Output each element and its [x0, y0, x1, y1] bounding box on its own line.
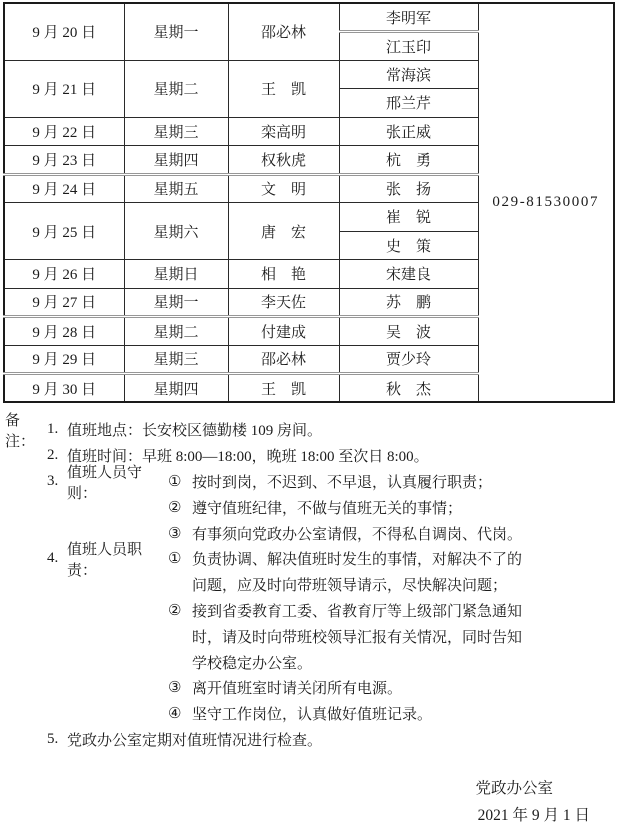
duty-leader-cell: 权秋虎: [228, 146, 339, 175]
note-text: 坚守工作岗位，认真做好值班记录。: [192, 703, 623, 724]
note-line: 学校稳定办公室。: [5, 649, 623, 675]
date-cell: 9 月 29 日: [4, 345, 124, 374]
weekday-cell: 星期二: [124, 317, 228, 346]
date-cell: 9 月 24 日: [4, 174, 124, 203]
table-row: 9 月 20 日星期一邵必林李明军029-81530007: [4, 3, 614, 32]
note-text: 学校稳定办公室。: [192, 652, 623, 673]
note-number: 3.: [47, 473, 67, 490]
signature-block: 党政办公室 2021 年 9 月 1 日: [0, 775, 626, 829]
date-cell: 9 月 21 日: [4, 60, 124, 117]
duty-leader-cell: 相 艳: [228, 260, 339, 289]
note-text: 遵守值班纪律，不做与值班无关的事情；: [192, 497, 623, 518]
note-number: 4.: [47, 550, 67, 567]
duty-staff-cell: 杭 勇: [339, 146, 478, 175]
date-cell: 9 月 26 日: [4, 260, 124, 289]
note-text: 离开值班室时请关闭所有电源。: [192, 677, 623, 698]
date-cell: 9 月 20 日: [4, 3, 124, 60]
note-line: ③离开值班室时请关闭所有电源。: [5, 675, 623, 701]
signature-date: 2021 年 9 月 1 日: [0, 802, 590, 829]
duty-staff-cell: 张 扬: [339, 174, 478, 203]
note-text: 按时到岗，不迟到、不早退，认真履行职责；: [192, 471, 623, 492]
duty-staff-cell: 李明军: [339, 3, 478, 32]
note-label: 值班人员职责：: [67, 538, 168, 580]
note-circled-number: ①: [168, 549, 192, 568]
note-line: ②接到省委教育工委、省教育厅等上级部门紧急通知: [5, 598, 623, 624]
duty-leader-cell: 付建成: [228, 317, 339, 346]
note-circled-number: ③: [168, 678, 192, 697]
duty-leader-cell: 邵必林: [228, 3, 339, 60]
note-label: 值班人员守则：: [67, 461, 168, 503]
weekday-cell: 星期一: [124, 3, 228, 60]
date-cell: 9 月 27 日: [4, 288, 124, 317]
date-cell: 9 月 28 日: [4, 317, 124, 346]
signature-office: 党政办公室: [0, 775, 553, 802]
weekday-cell: 星期六: [124, 203, 228, 260]
note-text: 党政办公室定期对值班情况进行检查。: [67, 729, 623, 750]
weekday-cell: 星期五: [124, 174, 228, 203]
duty-leader-cell: 王 凯: [228, 60, 339, 117]
weekday-cell: 星期四: [124, 146, 228, 175]
duty-leader-cell: 文 明: [228, 174, 339, 203]
note-text: 有事须向党政办公室请假，不得私自调岗、代岗。: [192, 523, 623, 544]
notes-section: 备注：1.值班地点：长安校区德勤楼 109 房间。2.值班时间：早班 8:00—…: [5, 417, 623, 752]
date-cell: 9 月 25 日: [4, 203, 124, 260]
duty-staff-cell: 宋建良: [339, 260, 478, 289]
duty-staff-cell: 秋 杰: [339, 374, 478, 403]
duty-staff-cell: 邢兰芹: [339, 89, 478, 118]
note-text: 接到省委教育工委、省教育厅等上级部门紧急通知: [192, 600, 623, 621]
duty-leader-cell: 唐 宏: [228, 203, 339, 260]
duty-staff-cell: 贾少玲: [339, 345, 478, 374]
note-number: 2.: [47, 447, 67, 464]
note-circled-number: ②: [168, 498, 192, 517]
notes-prefix: 备注：: [5, 409, 47, 451]
duty-staff-cell: 常海滨: [339, 60, 478, 89]
note-number: 5.: [47, 731, 67, 748]
weekday-cell: 星期日: [124, 260, 228, 289]
date-cell: 9 月 23 日: [4, 146, 124, 175]
note-line: 5.党政办公室定期对值班情况进行检查。: [5, 727, 623, 753]
note-number: 1.: [47, 421, 67, 438]
weekday-cell: 星期三: [124, 345, 228, 374]
duty-staff-cell: 崔 锐: [339, 203, 478, 232]
phone-cell: 029-81530007: [478, 3, 614, 402]
note-line: ④坚守工作岗位，认真做好值班记录。: [5, 701, 623, 727]
duty-staff-cell: 苏 鹏: [339, 288, 478, 317]
weekday-cell: 星期三: [124, 117, 228, 146]
duty-staff-cell: 张正威: [339, 117, 478, 146]
note-circled-number: ④: [168, 704, 192, 723]
duty-staff-cell: 吴 波: [339, 317, 478, 346]
duty-staff-cell: 江玉印: [339, 32, 478, 61]
duty-roster-table: 9 月 20 日星期一邵必林李明军029-81530007江玉印9 月 21 日…: [3, 2, 615, 403]
duty-leader-cell: 李天佐: [228, 288, 339, 317]
note-circled-number: ③: [168, 524, 192, 543]
note-text: 问题，应及时向带班领导请示，尽快解决问题；: [192, 574, 623, 595]
note-text: 值班地点：长安校区德勤楼 109 房间。: [67, 419, 623, 440]
note-circled-number: ①: [168, 472, 192, 491]
note-text: 负责协调、解决值班时发生的事情，对解决不了的: [192, 548, 623, 569]
duty-leader-cell: 栾高明: [228, 117, 339, 146]
note-line: 时，请及时向带班校领导汇报有关情况，同时告知: [5, 623, 623, 649]
date-cell: 9 月 30 日: [4, 374, 124, 403]
note-line: 3.值班人员守则：①按时到岗，不迟到、不早退，认真履行职责；: [5, 469, 623, 495]
note-line: 备注：1.值班地点：长安校区德勤楼 109 房间。: [5, 417, 623, 443]
note-text: 时，请及时向带班校领导汇报有关情况，同时告知: [192, 626, 623, 647]
date-cell: 9 月 22 日: [4, 117, 124, 146]
note-circled-number: ②: [168, 601, 192, 620]
weekday-cell: 星期四: [124, 374, 228, 403]
weekday-cell: 星期一: [124, 288, 228, 317]
document-page: 9 月 20 日星期一邵必林李明军029-81530007江玉印9 月 21 日…: [0, 0, 626, 829]
note-line: 4.值班人员职责：①负责协调、解决值班时发生的事情，对解决不了的: [5, 546, 623, 572]
duty-staff-cell: 史 策: [339, 231, 478, 260]
duty-leader-cell: 王 凯: [228, 374, 339, 403]
duty-leader-cell: 邵必林: [228, 345, 339, 374]
weekday-cell: 星期二: [124, 60, 228, 117]
